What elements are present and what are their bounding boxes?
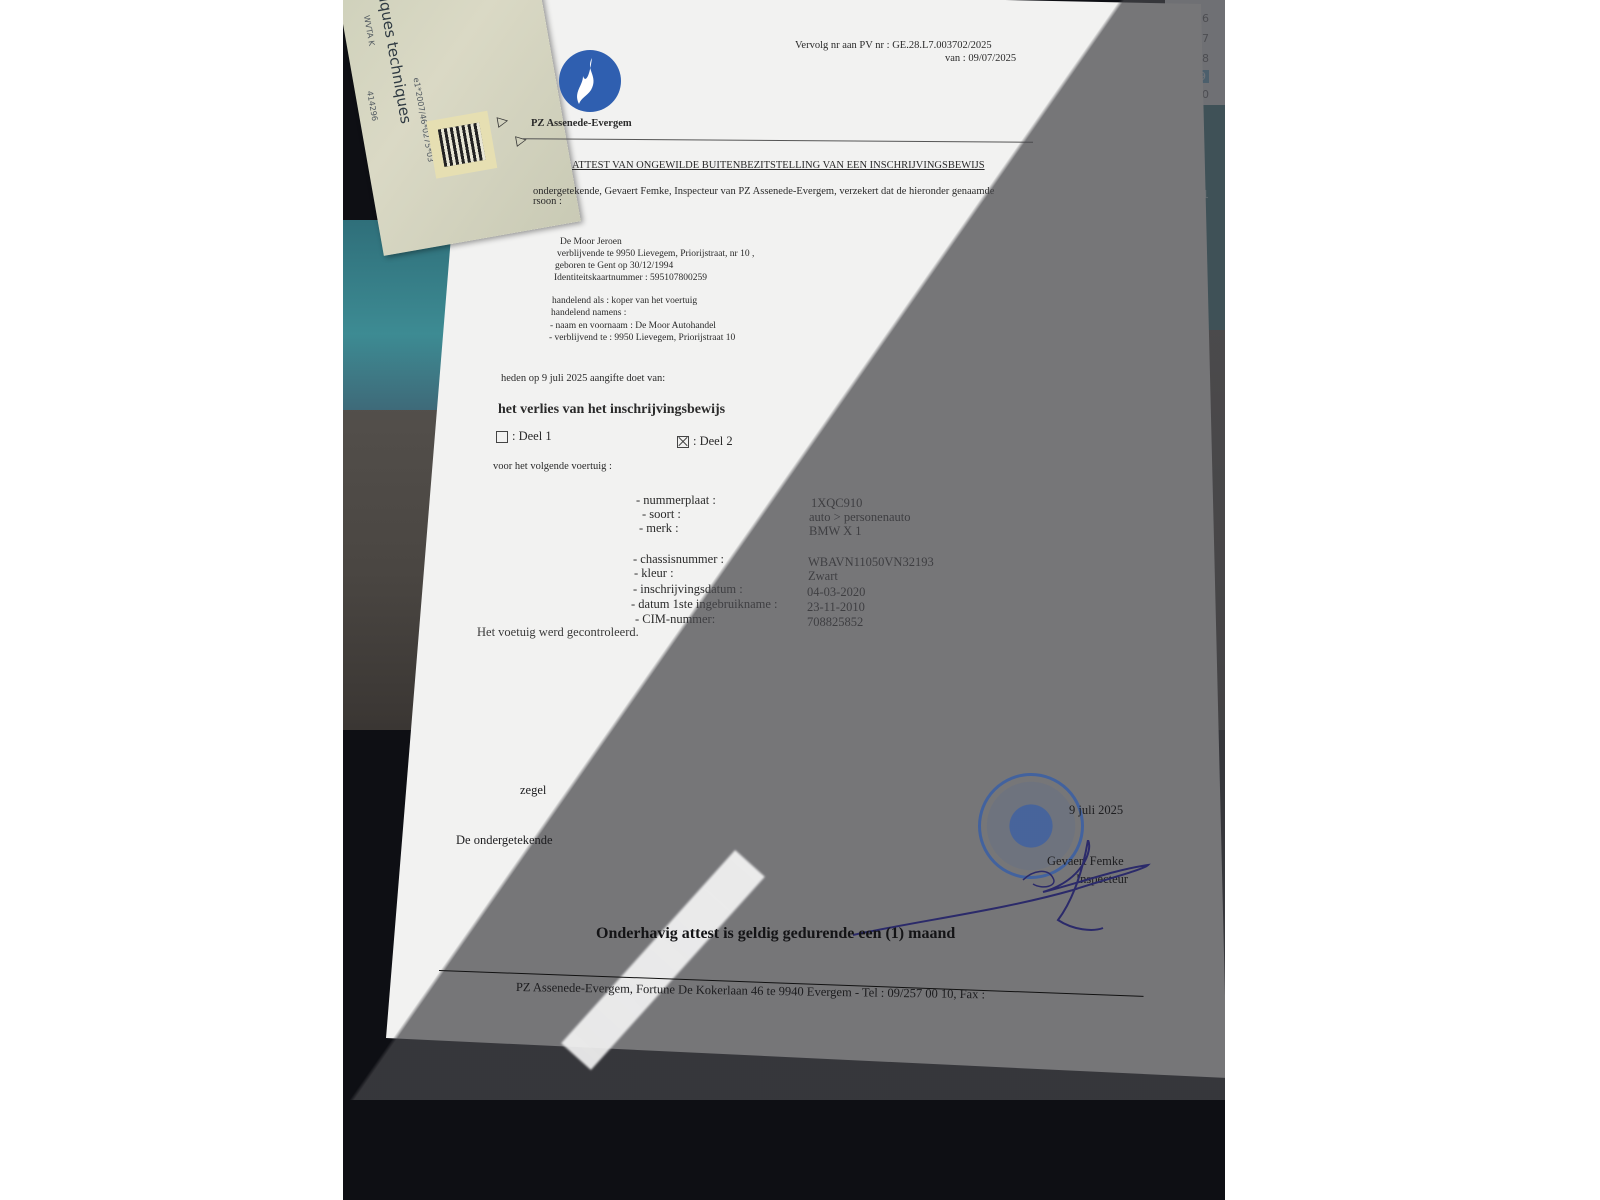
signed-label: De ondergetekende <box>456 833 553 848</box>
part-2-checkbox <box>677 436 689 448</box>
pv-reference: Vervolg nr aan PV nr : GE.28.L7.003702/2… <box>795 40 992 51</box>
logo-label: PZ Assenede-Evergem <box>531 118 632 129</box>
loss-heading: het verlies van het inschrijvingsbewijs <box>498 402 725 418</box>
document-title: ATTEST VAN ONGEWILDE BUITENBEZITSTELLING… <box>572 160 985 171</box>
acting-as: handelend als : koper van het voertuig <box>552 296 697 306</box>
vehicle-intro: voor het volgende voertuig : <box>493 461 612 472</box>
part-2-option: : Deel 2 <box>677 434 733 449</box>
intro-line: ondergetekende, Gevaert Femke, Inspecteu… <box>533 186 994 197</box>
vehicle-field-label: - datum 1ste ingebruikname : <box>631 597 778 612</box>
card-text: 414296 <box>365 90 379 122</box>
vehicle-field-value: auto > personenauto <box>809 510 910 525</box>
qr-code <box>438 122 486 167</box>
vehicle-field-value: 708825852 <box>807 615 863 630</box>
vehicle-field-label: - merk : <box>639 521 679 536</box>
person-address: verblijvende te 9950 Lievegem, Priorijst… <box>557 249 754 259</box>
company-address: - verblijvend te : 9950 Lievegem, Priori… <box>549 333 735 343</box>
validity-note: Onderhavig attest is geldig gedurende ee… <box>596 925 955 943</box>
card-text: WVTA K <box>362 15 376 47</box>
person-id-number: Identiteitskaartnummer : 595107800259 <box>554 273 707 283</box>
vehicle-field-value: BMW X 1 <box>809 524 862 539</box>
vehicle-field-value: WBAVN11050VN32193 <box>808 555 934 570</box>
vehicle-field-label: - CIM-nummer: <box>635 612 715 627</box>
vehicle-field-label: - nummerplaat : <box>636 493 716 508</box>
part-1-checkbox <box>496 431 508 443</box>
vehicle-field-value: Zwart <box>808 569 838 584</box>
controlled-note: Het voetuig werd gecontroleerd. <box>477 625 639 640</box>
triangle-icon: ▷ <box>515 131 529 150</box>
pv-date: van : 09/07/2025 <box>945 53 1016 64</box>
vehicle-field-label: - inschrijvingsdatum : <box>633 582 743 597</box>
vehicle-field-label: - soort : <box>642 507 681 522</box>
police-flame-logo-icon <box>559 50 621 112</box>
vehicle-field-value: 23-11-2010 <box>807 600 865 615</box>
document-photo: 26 27 28 29 30 31 tiques techniques WVTA… <box>343 0 1225 1200</box>
vehicle-field-value: 1XQC910 <box>811 496 862 511</box>
part-1-option: : Deel 1 <box>496 429 552 444</box>
triangle-icon: ▷ <box>496 112 510 131</box>
sign-date: 9 juli 2025 <box>1069 803 1123 818</box>
vehicle-field-value: 04-03-2020 <box>807 585 865 600</box>
vehicle-field-label: - kleur : <box>634 566 674 581</box>
person-birth: geboren te Gent op 30/12/1994 <box>555 261 673 271</box>
company-name: - naam en voornaam : De Moor Autohandel <box>550 321 716 331</box>
acting-on-behalf: handelend namens : <box>551 308 626 318</box>
vehicle-field-label: - chassisnummer : <box>633 552 724 567</box>
declaration-line: heden op 9 juli 2025 aangifte doet van: <box>501 373 665 384</box>
intro-line: rsoon : <box>533 196 562 207</box>
card-text: e1*2007/46*0275*03 <box>411 77 435 163</box>
person-name: De Moor Jeroen <box>560 237 622 247</box>
card-title: tiques techniques <box>374 0 415 125</box>
seal-label: zegel <box>520 783 546 798</box>
